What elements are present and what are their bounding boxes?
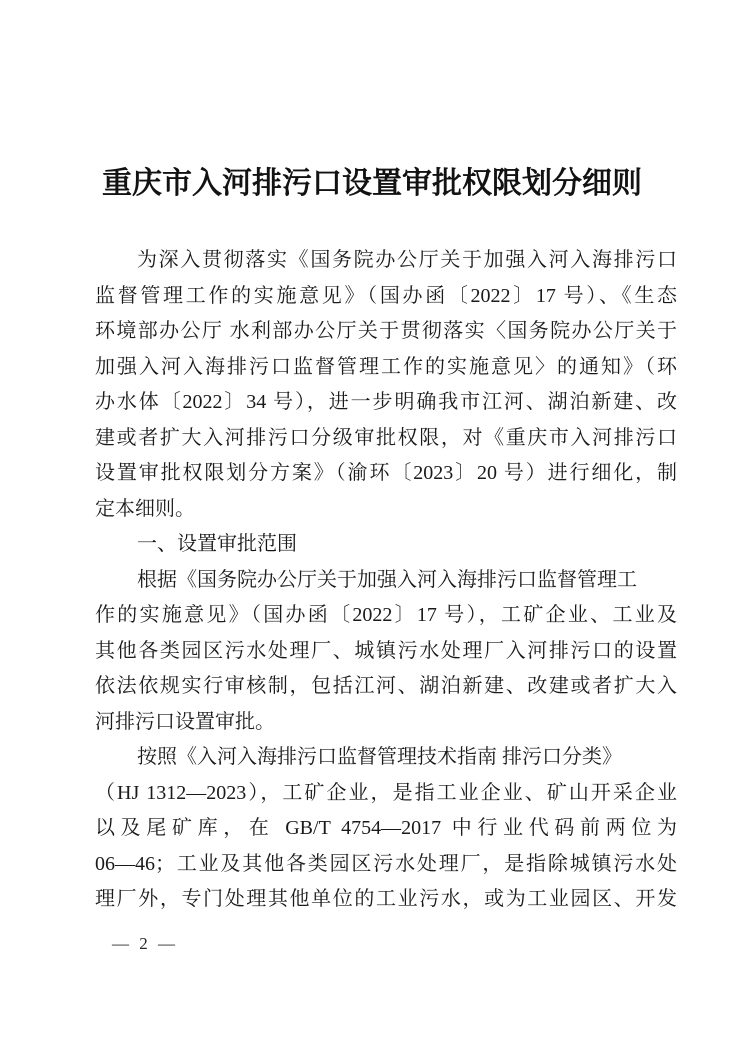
document-page: 重庆市入河排污口设置审批权限划分细则 为深入贯彻落实《国务院办公厅关于加强入河入… — [0, 0, 744, 1052]
text-line: 加强入河入海排污口监督管理工作的实施意见〉的通知》（环 — [95, 350, 677, 386]
text-line: 作的实施意见》（国办函〔2022〕17 号），工矿企业、工业及 — [95, 598, 677, 634]
text-line: 设置审批权限划分方案》（渝环〔2023〕20 号）进行细化，制 — [95, 456, 677, 492]
text-line: 河排污口设置审批。 — [95, 705, 677, 741]
text-line: 理厂外，专门处理其他单位的工业污水，或为工业园区、开发 — [95, 882, 677, 918]
text-line: 建或者扩大入河排污口分级审批权限，对《重庆市入河排污口 — [95, 421, 677, 457]
document-body: 为深入贯彻落实《国务院办公厅关于加强入河入海排污口监督管理工作的实施意见》（国办… — [95, 243, 677, 918]
section-heading: 一、设置审批范围 — [95, 527, 677, 563]
text-line: 其他各类园区污水处理厂、城镇污水处理厂入河排污口的设置 — [95, 634, 677, 670]
text-line: 按照《入河入海排污口监督管理技术指南 排污口分类》 — [95, 740, 677, 776]
text-line: 一、设置审批范围 — [95, 527, 677, 563]
page-number: — 2 — — [112, 931, 178, 957]
paragraph: 根据《国务院办公厅关于加强入河入海排污口监督管理工作的实施意见》（国办函〔202… — [95, 563, 677, 741]
text-line: 办水体〔2022〕34 号），进一步明确我市江河、湖泊新建、改 — [95, 385, 677, 421]
text-line: 06—46；工业及其他各类园区污水处理厂，是指除城镇污水处 — [95, 847, 677, 883]
text-line: 监督管理工作的实施意见》（国办函〔2022〕17 号）、《生态 — [95, 279, 677, 315]
text-line: 定本细则。 — [95, 492, 677, 528]
document-title: 重庆市入河排污口设置审批权限划分细则 — [0, 163, 744, 205]
text-line: 为深入贯彻落实《国务院办公厅关于加强入河入海排污口 — [95, 243, 677, 279]
text-line: 依法依规实行审核制，包括江河、湖泊新建、改建或者扩大入 — [95, 669, 677, 705]
text-line: 以及尾矿库，在 GB/T 4754—2017 中行业代码前两位为 — [95, 811, 677, 847]
paragraph: 为深入贯彻落实《国务院办公厅关于加强入河入海排污口监督管理工作的实施意见》（国办… — [95, 243, 677, 527]
paragraph: 按照《入河入海排污口监督管理技术指南 排污口分类》（HJ 1312—2023），… — [95, 740, 677, 918]
text-line: （HJ 1312—2023），工矿企业，是指工业企业、矿山开采企业 — [95, 776, 677, 812]
text-line: 根据《国务院办公厅关于加强入河入海排污口监督管理工 — [95, 563, 677, 599]
text-line: 环境部办公厅 水利部办公厅关于贯彻落实〈国务院办公厅关于 — [95, 314, 677, 350]
